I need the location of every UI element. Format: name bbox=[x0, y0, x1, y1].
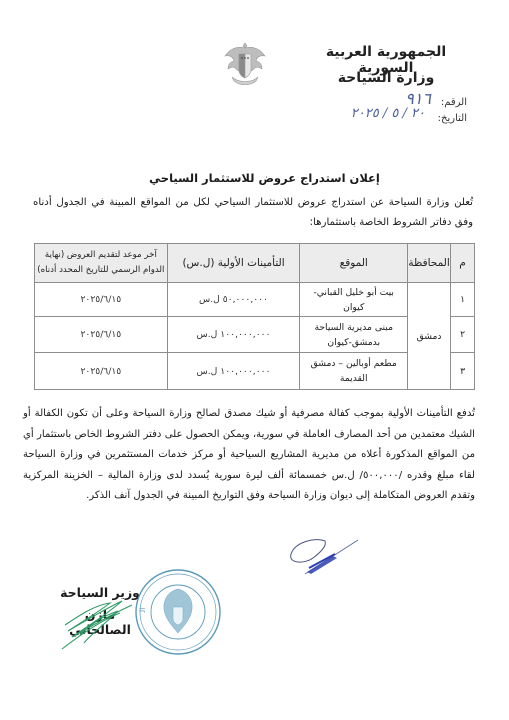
table-header-row: م المحافظة الموقع التأمينات الأولية (ل.س… bbox=[35, 244, 475, 283]
site-cell: مبنى مديرية السياحة بدمشق-كيوان bbox=[300, 317, 408, 353]
green-signature-icon bbox=[60, 595, 140, 650]
sites-table: م المحافظة الموقع التأمينات الأولية (ل.س… bbox=[34, 243, 475, 390]
row-number: ٣ bbox=[451, 353, 475, 390]
site-cell: مطعم أوبالين – دمشق القديمة bbox=[300, 353, 408, 390]
header-province: المحافظة bbox=[408, 244, 451, 283]
header-number: م bbox=[451, 244, 475, 283]
date-label: التاريخ: bbox=[438, 113, 467, 124]
intro-paragraph: تُعلن وزارة السياحة عن استدراج عروض للاس… bbox=[33, 193, 473, 233]
syrian-eagle-emblem-icon bbox=[222, 40, 268, 90]
deadline-cell: ٢٠٢٥/٦/١٥ bbox=[35, 353, 168, 390]
guarantee-cell: ١٠٠,٠٠٠,٠٠٠ ل.س bbox=[167, 353, 300, 390]
table-row: ١ دمشق بيت أبو خليل القباني-كيوان ٥٠,٠٠٠… bbox=[35, 283, 475, 317]
deadline-cell: ٢٠٢٥/٦/١٥ bbox=[35, 283, 168, 317]
ministry-name: وزارة السياحة bbox=[331, 70, 441, 86]
row-number: ١ bbox=[451, 283, 475, 317]
deadline-cell: ٢٠٢٥/٦/١٥ bbox=[35, 317, 168, 353]
blue-signature-icon bbox=[285, 538, 360, 580]
site-cell: بيت أبو خليل القباني-كيوان bbox=[300, 283, 408, 317]
date-value: ٢٠ / ٥ / ٢٠٢٥ bbox=[351, 106, 425, 121]
ministry-stamp-icon: الجمهورية العربية السورية * وزارة السياح… bbox=[133, 567, 223, 657]
guarantee-cell: ٥٠,٠٠٠,٠٠٠ ل.س bbox=[167, 283, 300, 317]
header-guarantee: التأمينات الأولية (ل.س) bbox=[167, 244, 300, 283]
row-number: ٢ bbox=[451, 317, 475, 353]
reference-label: الرقم: bbox=[441, 97, 467, 108]
guarantee-cell: ١٠٠,٠٠٠,٠٠٠ ل.س bbox=[167, 317, 300, 353]
header-deadline: آخر موعد لتقديم العروض (نهاية الدوام الر… bbox=[35, 244, 168, 283]
body-paragraph: تُدفع التأمينات الأولية بموجب كفالة مصرف… bbox=[23, 404, 475, 507]
announcement-title: إعلان استدراج عروض للاستثمار السياحي bbox=[0, 171, 509, 185]
province-cell: دمشق bbox=[408, 283, 451, 390]
header-site: الموقع bbox=[300, 244, 408, 283]
